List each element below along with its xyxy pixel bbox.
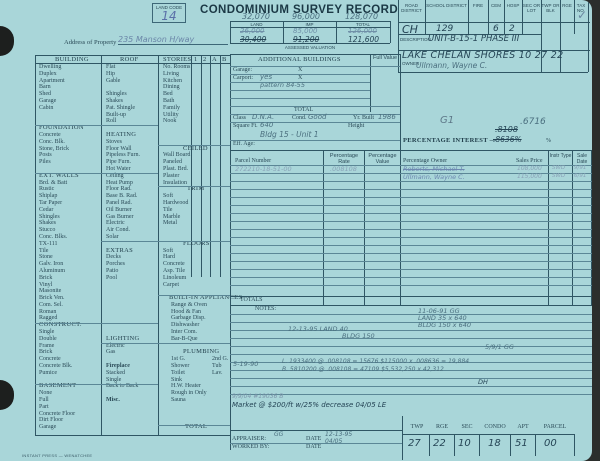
building-item: Full <box>39 397 101 404</box>
parcel-number-header: Parcel Number <box>235 158 271 164</box>
story-1-header: 1 <box>194 56 198 63</box>
story-a-header: A <box>212 56 217 63</box>
stories-item: Asp. Tile <box>163 268 230 275</box>
note-line: B. 5810200 @ .008108 = 47109 $5,532,250 … <box>282 366 444 373</box>
bldg-note: Bldg 15 - Unit 1 <box>260 130 319 139</box>
stories-item: Living <box>163 71 230 78</box>
stories-item <box>163 411 230 418</box>
parcel-label: PARCEL <box>536 424 574 430</box>
condo-value: 18 <box>488 438 501 449</box>
stories-item <box>163 404 230 411</box>
roof-item: Solar <box>106 234 158 241</box>
stories-item: Garbage Disp. <box>163 315 230 322</box>
building-item: Piles <box>39 159 101 166</box>
building-item: Aluminum <box>39 268 101 275</box>
garage-mark: X <box>298 67 302 73</box>
stories-item <box>163 125 230 132</box>
stories-item: Soft <box>163 248 230 255</box>
height-label: Height <box>348 123 364 129</box>
description-line1: UNIT-B-15-1 PHASE III <box>428 34 519 44</box>
stories-item: Hard <box>163 254 230 261</box>
fire-label: FIRE <box>468 3 488 8</box>
road-district-value: CH <box>402 23 418 36</box>
percentage-interest-label: PERCENTAGE INTEREST — <box>403 137 496 144</box>
building-item: Posts <box>39 152 101 159</box>
ceiled-header: CEILED <box>163 146 230 153</box>
roof-item: Base B. Rad. <box>106 193 158 200</box>
additional-buildings: ADDITIONAL BUILDINGS Full Value Garage: … <box>230 54 400 160</box>
roof-item: Floor Wall <box>106 146 158 153</box>
g-label: G1 <box>440 115 454 126</box>
sales-price-header: Sales Price <box>516 158 543 164</box>
stories-item: Tile <box>163 207 230 214</box>
building-item: Vinyl <box>39 282 101 289</box>
roof-item <box>106 309 158 316</box>
building-item: Frame <box>39 343 101 350</box>
garage-label: Garage: <box>233 67 252 73</box>
roof-item: Gas <box>106 349 158 356</box>
twp-value: 27 <box>408 438 421 449</box>
building-item: Concrete <box>39 356 101 363</box>
roof-item: Panel Rad. <box>106 200 158 207</box>
note-line: 5-19-90 <box>233 360 258 368</box>
building-item: Stucco <box>39 227 101 234</box>
percentage-rate-header: Percentage Rate <box>324 153 364 165</box>
building-item: Duplex <box>39 71 101 78</box>
appraiser-value: GG <box>274 431 283 438</box>
owner-1: Roberts, Michael T. <box>403 165 465 173</box>
percentage-value-header: Percentage Value <box>365 153 400 165</box>
twp-blk-label: TWP OR BLK <box>541 3 560 13</box>
building-item: Cabin <box>39 105 101 112</box>
building-item: Brick <box>39 275 101 282</box>
building-item: Dirt Floor <box>39 417 101 424</box>
printer-credit: INSTANT PRESS — WENATCHEE <box>22 453 92 458</box>
building-item: Garage <box>39 424 101 431</box>
roof-item <box>106 390 158 397</box>
roof-item: Stacked <box>106 370 158 377</box>
land-struck-value: 26,000 <box>240 27 265 35</box>
building-item: Dwelling <box>39 64 101 71</box>
building-item: Tar Paper <box>39 200 101 207</box>
condo-label: CONDO <box>480 424 510 430</box>
building-item: Concrete Floor <box>39 411 101 418</box>
appraiser-label: APPRAISER: <box>232 436 266 442</box>
cond-label: Cond. <box>292 115 307 121</box>
sqft-value: 640 <box>260 121 273 129</box>
roof-item <box>106 302 158 309</box>
additional-buildings-title: ADDITIONAL BUILDINGS <box>258 56 341 63</box>
sec-label: SEC <box>456 424 478 430</box>
hosp-value: 2 <box>509 24 515 34</box>
percentage-owner-header: Percentage Owner <box>403 158 447 164</box>
stories-item: Carpet <box>163 282 230 289</box>
ext-walls-header: EXT. WALLS <box>39 173 101 180</box>
sale-date-1: 9/91 <box>574 165 586 171</box>
punch-hole <box>0 26 14 56</box>
building-item: Tile <box>39 248 101 255</box>
survey-card: LAND CODE 14 CONDOMINIUM SURVEY RECORD A… <box>0 0 592 461</box>
foundation-header: FOUNDATION <box>39 125 101 132</box>
building-item: Barn <box>39 84 101 91</box>
class-label: Class <box>233 115 246 121</box>
roof-item: Gable <box>106 78 158 85</box>
roof-item: Gas Burner <box>106 214 158 221</box>
eff-age-label: Eff. Age: <box>233 141 255 147</box>
roof-item: Pipeless Furn. <box>106 152 158 159</box>
building-column: Dwelling Duplex Apartment Barn Shed Gara… <box>39 64 101 431</box>
worked-by-label: WORKED BY: <box>232 444 269 450</box>
misc-label: Misc. <box>106 397 158 404</box>
stories-item: Metal <box>163 220 230 227</box>
imp-struck-value: 85,000 <box>293 27 318 35</box>
built-in-appliances-header: BUILT-IN APPLIANCES <box>163 295 230 302</box>
carport-label: Carport: <box>233 75 253 81</box>
plumbing-2nd-g: 2nd G. <box>212 356 228 362</box>
extras-header: EXTRAS <box>106 248 158 255</box>
building-item: Shiplap <box>39 193 101 200</box>
plumbing-tub: Tub <box>212 363 221 369</box>
roof-item: Electric <box>106 343 158 350</box>
building-item: Shakes <box>39 220 101 227</box>
roof-item <box>106 356 158 363</box>
worked-date-label: DATE <box>306 444 321 450</box>
stories-item: Nook <box>163 118 230 125</box>
roof-item <box>106 282 158 289</box>
building-item: Stone, Brick <box>39 146 101 153</box>
stories-item: Range & Oven <box>163 302 230 309</box>
school-district-label: SCHOOL DISTRICT <box>425 3 468 8</box>
note-line: 9/9/04 #19036 B <box>232 393 283 400</box>
roof-item: Shingles <box>106 91 158 98</box>
building-item: Cedar <box>39 207 101 214</box>
building-item: Brick <box>39 349 101 356</box>
note-line: DH <box>478 378 488 386</box>
full-value-label: Full Value <box>372 56 398 61</box>
sec-value: 10 <box>458 438 471 449</box>
owner-2: Ullmann, Wayne C. <box>403 173 465 181</box>
owner-value: Ullmann, Wayne C. <box>416 61 487 70</box>
roof-item: Flat <box>106 64 158 71</box>
roof-item: Oil Burner <box>106 207 158 214</box>
parcel-number-value: 272210-18-51-00 <box>235 165 292 173</box>
totals-label: TOTALS <box>240 297 262 303</box>
cem-label: CEM <box>488 3 504 8</box>
roof-item: Patio <box>106 268 158 275</box>
building-item: Stone <box>39 254 101 261</box>
percentage-rate-value: .008108 <box>330 165 357 173</box>
building-item: Galv. Iron <box>39 261 101 268</box>
land-top-value: 32,070 <box>242 12 270 21</box>
roof-item: Single <box>106 377 158 384</box>
building-item: Shingles <box>39 214 101 221</box>
rge-id-label: RGE <box>431 424 453 430</box>
stories-item: Inter Com. <box>163 329 230 336</box>
sale-date-2: 6/91 <box>574 173 586 179</box>
note-line: 12-13-95 LAND 40 <box>288 325 348 333</box>
imp-top-value: 96,000 <box>292 12 320 21</box>
total-struck-value: 126,000 <box>348 27 377 35</box>
roof-item <box>106 288 158 295</box>
roof-item: Built-up <box>106 112 158 119</box>
roof-item: Pool <box>106 275 158 282</box>
instr-type-2: SWD <box>552 173 565 179</box>
description-line2: LAKE CHELAN SHORES 10 27 22 <box>402 50 563 61</box>
worked-date-value: 04/05 <box>325 438 342 445</box>
stories-item: Linoleum <box>163 275 230 282</box>
apt-value: 51 <box>515 438 528 449</box>
roof-item <box>106 84 158 91</box>
stories-item <box>163 227 230 234</box>
instr-type-1: SWD <box>552 165 565 171</box>
stories-item: Dishwasher <box>163 322 230 329</box>
building-item: Part <box>39 404 101 411</box>
sales-price-1: 108,000 <box>517 165 542 172</box>
stories-item: H.W. Heater <box>163 383 230 390</box>
roof-item: Shakes <box>106 98 158 105</box>
building-item: Brd. & Batt <box>39 180 101 187</box>
parcel-value: 00 <box>544 438 557 449</box>
roof-item: Pipe Furn. <box>106 159 158 166</box>
building-item <box>39 112 101 119</box>
story-2-header: 2 <box>203 56 207 63</box>
percentage-mid: .8108 <box>495 125 518 134</box>
trim-header: TRIM <box>163 186 230 193</box>
roof-item <box>106 295 158 302</box>
rge-label: RGE <box>560 3 574 8</box>
sale-date-header: Sale Date <box>573 153 591 165</box>
building-item: Concrete <box>39 132 101 139</box>
appraiser-box: APPRAISER: GG DATE 12-13-95 WORKED BY: D… <box>230 430 402 460</box>
carport-value: yes <box>260 73 272 81</box>
building-item: None <box>39 390 101 397</box>
sqft-label: Square Ft. <box>233 123 258 129</box>
stories-header: STORIES <box>163 56 191 63</box>
roof-item <box>106 315 158 322</box>
stories-item: Soft <box>163 193 230 200</box>
building-item: Rustic <box>39 186 101 193</box>
note-line: Market @ $200/ft w/25% decrease 04/05 LE <box>232 401 386 409</box>
building-item: Shed <box>39 91 101 98</box>
note-line: L. 1933400 @ .008108 = 15676 $115000 x .… <box>282 358 469 365</box>
building-item: Garage <box>39 98 101 105</box>
roof-item: Floor Rad. <box>106 186 158 193</box>
building-item: Conc. Blks. <box>39 234 101 241</box>
stories-item: Plaster <box>163 173 230 180</box>
building-item: Com. Sel. <box>39 302 101 309</box>
stories-item: Sink <box>163 377 230 384</box>
cem-value: 6 <box>493 24 499 34</box>
building-item: Double <box>39 336 101 343</box>
yr-built-value: 1986 <box>378 113 396 121</box>
building-item: Roman <box>39 309 101 316</box>
roof-item: Ceiling <box>106 173 158 180</box>
note-line: BLDG 150 <box>342 332 375 340</box>
district-box: ROAD DISTRICT SCHOOL DISTRICT FIRE CEM H… <box>398 0 590 72</box>
stories-item: Rough in Only <box>163 390 230 397</box>
address-value: 235 Manson H/way <box>118 35 228 45</box>
sales-price-2: 115,000 <box>517 173 542 180</box>
notes-label: NOTES: <box>255 306 276 312</box>
assessed-valuation-caption: ASSESSED VALUATION <box>230 45 390 50</box>
instr-type-header: Instr Type <box>549 153 572 159</box>
stories-item: Paneled <box>163 159 230 166</box>
twp-label: TWP <box>405 424 429 430</box>
roof-item: Heat Pump <box>106 180 158 187</box>
stories-item: Bar-B-Que <box>163 336 230 343</box>
apt-label: APT <box>512 424 534 430</box>
stories-item: Family <box>163 105 230 112</box>
sec-lot-label: SEC OR LOT <box>522 3 541 13</box>
stories-item <box>163 132 230 139</box>
parcel-id: TWP RGE SEC CONDO APT PARCEL 27 22 10 18… <box>402 420 580 460</box>
floors-header: FLOORS <box>163 241 230 248</box>
building-item: Apartment <box>39 78 101 85</box>
road-district-label: ROAD DISTRICT <box>398 3 425 13</box>
roof-item: Electric <box>106 220 158 227</box>
stories-item: Hardwood <box>163 200 230 207</box>
building-item: TX-111 <box>39 241 101 248</box>
stories-item: Wall Board <box>163 152 230 159</box>
story-b-header: B <box>222 56 227 63</box>
stories-item: Kitchen <box>163 78 230 85</box>
stories-item: Bath <box>163 98 230 105</box>
roof-header: ROOF <box>120 56 139 63</box>
appraiser-date-label: DATE <box>306 436 321 442</box>
description-label: DESCRIPTION <box>400 37 431 42</box>
roof-item: Porches <box>106 261 158 268</box>
tax-no-check: ✓ <box>577 8 587 22</box>
land-code-value: 14 <box>153 10 185 22</box>
cond-value: Good <box>308 113 326 121</box>
percentage-new: .6716 <box>520 117 546 127</box>
total-top-value: 128,070 <box>345 12 378 21</box>
building-item: Brick Ven. <box>39 295 101 302</box>
building-header: BUILDING <box>55 56 89 63</box>
percentage-suffix: % <box>546 138 551 144</box>
building-item: Single <box>39 329 101 336</box>
stories-item: Utility <box>163 112 230 119</box>
stories-item: Dining <box>163 84 230 91</box>
plumbing-lav: Lav. <box>212 370 222 376</box>
assessed-valuation: 32,070 96,000 128,070 LAND IMP TOTAL 26,… <box>230 14 390 52</box>
roof-item: Stoves <box>106 139 158 146</box>
fireplace-label: Fireplace <box>106 363 158 370</box>
class-value: D.N.A. <box>252 113 274 121</box>
heating-header: HEATING <box>106 132 158 139</box>
building-item: Masonite <box>39 288 101 295</box>
yr-built-label: Yr. Built <box>353 115 374 121</box>
note-line: 5/9/1 GG <box>485 343 514 351</box>
stories-item: Sauna <box>163 397 230 404</box>
punch-hole <box>0 380 14 410</box>
roof-item: Air Cond. <box>106 227 158 234</box>
percentage-struck: .8636% <box>493 135 522 144</box>
roof-item: Pat. Shingle <box>106 105 158 112</box>
note-line: BLDG 150 x 640 <box>418 321 471 329</box>
stories-item: No. Rooms <box>163 64 230 71</box>
building-grid: BUILDING ROOF STORIES 1 2 A B Dwelling D… <box>35 55 235 440</box>
building-item: Conc. Blk. <box>39 139 101 146</box>
stories-item: Hood & Fan <box>163 309 230 316</box>
rge-value: 22 <box>433 438 446 449</box>
building-item: Concrete Blk. <box>39 363 101 370</box>
stories-item: Bed <box>163 91 230 98</box>
building-item: Pumice <box>39 370 101 377</box>
address-label: Address of Property <box>64 39 116 46</box>
roof-item: Hip <box>106 71 158 78</box>
roof-item: Hot Water <box>106 166 158 173</box>
school-district-value: 129 <box>436 24 453 34</box>
stories-item: Marble <box>163 214 230 221</box>
roof-item: Decks <box>106 254 158 261</box>
stories-item: Plast. Brd. <box>163 166 230 173</box>
hosp-label: HOSP <box>504 3 522 8</box>
appraiser-date-value: 12-13-95 <box>325 431 352 438</box>
land-code-box: LAND CODE 14 <box>152 3 186 23</box>
carport-note: pattern 84-55 <box>260 81 305 89</box>
lighting-header: LIGHTING <box>106 336 158 343</box>
stories-item: Concrete <box>163 261 230 268</box>
roof-column: Flat Hip Gable Shingles Shakes Pat. Shin… <box>106 64 158 404</box>
